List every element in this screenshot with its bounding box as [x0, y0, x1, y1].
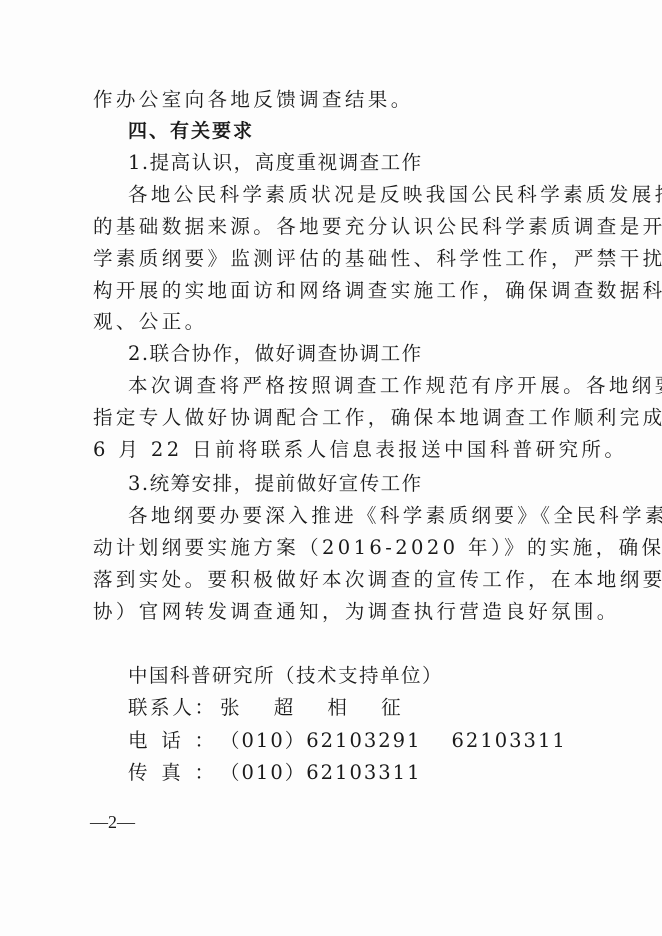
phone-area-code: （010）	[220, 729, 306, 752]
section-heading: 四、有关要求	[128, 119, 569, 143]
phone-label: 电话：	[128, 729, 214, 753]
subsection-heading: 3.统筹安排，提前做好宣传工作	[128, 472, 569, 496]
phone-value: （010）6210329162103311	[220, 729, 567, 753]
fax-row: 传真：（010）62103311	[128, 761, 421, 785]
paragraph-line: 指定专人做好协调配合工作，确保本地调查工作顺利完成。请于	[93, 406, 569, 430]
paragraph-line: 作办公室向各地反馈调查结果。	[93, 88, 569, 112]
paragraph-line: 本次调查将严格按照调查工作规范有序开展。各地纲要办要	[128, 374, 569, 398]
paragraph-line: 6 月 22 日前将联系人信息表报送中国科普研究所。	[93, 438, 569, 462]
phone-number-1: 62103291	[306, 729, 421, 752]
phone-row: 电话：（010）6210329162103311	[128, 729, 567, 753]
organization-name: 中国科普研究所（技术支持单位）	[128, 664, 443, 688]
paragraph-line: 协）官网转发调查通知，为调查执行营造良好氛围。	[93, 600, 569, 624]
page-number: —2—	[90, 810, 135, 834]
paragraph-line: 落到实处。要积极做好本次调查的宣传工作，在本地纲要办（科	[93, 568, 569, 592]
contact-label: 联系人：	[128, 696, 214, 720]
fax-value: （010）62103311	[220, 761, 421, 785]
subsection-heading: 2.联合协作，做好调查协调工作	[128, 342, 569, 366]
phone-number-2: 62103311	[452, 729, 567, 752]
paragraph-line: 观、公正。	[93, 310, 569, 334]
document-page: 作办公室向各地反馈调查结果。 四、有关要求 1.提高认识，高度重视调查工作 各地…	[0, 0, 662, 936]
fax-label: 传真：	[128, 761, 214, 785]
paragraph-line: 的基础数据来源。各地要充分认识公民科学素质调查是开展《科	[93, 215, 569, 239]
paragraph-line: 学素质纲要》监测评估的基础性、科学性工作，严禁干扰调查机	[93, 247, 569, 271]
paragraph-line: 动计划纲要实施方案（2016-2020 年）》的实施，确保各项任务	[93, 536, 569, 560]
contact-person-row: 联系人：张 超 相 征	[128, 696, 415, 720]
paragraph-line: 各地公民科学素质状况是反映我国公民科学素质发展指标	[128, 183, 569, 207]
subsection-heading: 1.提高认识，高度重视调查工作	[128, 151, 569, 175]
paragraph-line: 构开展的实地面访和网络调查实施工作，确保调查数据科学、客	[93, 279, 569, 303]
contact-names: 张 超 相 征	[220, 696, 415, 720]
paragraph-line: 各地纲要办要深入推进《科学素质纲要》《全民科学素质行	[128, 504, 569, 528]
